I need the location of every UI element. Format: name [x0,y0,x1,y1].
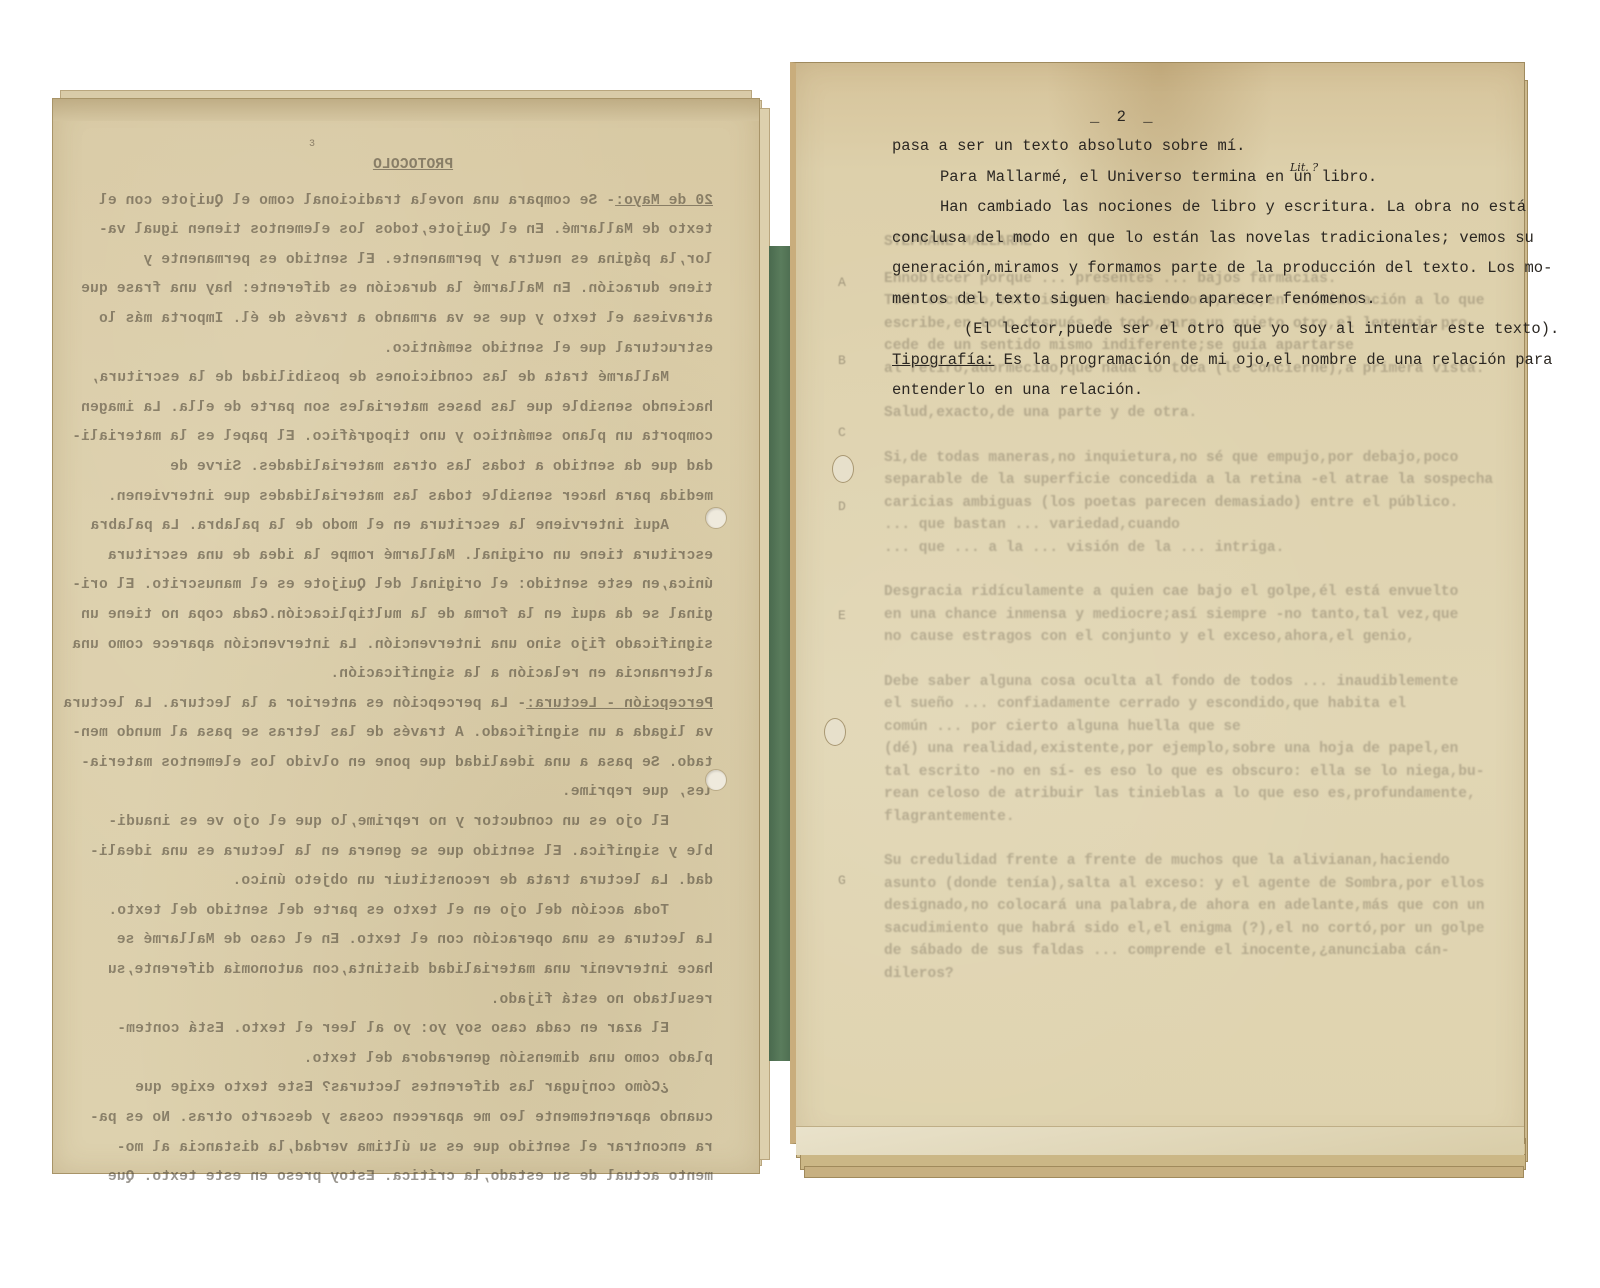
tipografia-line: Tipografía: Es la programación de mi ojo… [892,345,1532,376]
bleed-line: ... que ... a la ... visión de la ... in… [884,537,1504,560]
bleed-line: dileros? [884,963,1504,986]
tipografia-continuation: entenderlo en una relación. [892,375,1532,406]
bleed-line: rean celoso de atribuir las tinieblas a … [884,783,1504,806]
bleed-line [884,425,1504,447]
bleed-line: común ... por cierto alguna huella que s… [884,716,1504,739]
mirrored-line: estructural que el sentido semántico. [113,335,713,365]
bleed-line: Desgracia ridículamente a quien cae bajo… [884,581,1504,604]
mirrored-line: significado fijo sino una intervención. … [113,631,713,661]
mirrored-line: 20 de Mayo:- Se compara una novela tradi… [113,187,713,217]
left-page-marker: 3 [309,139,315,150]
mirrored-line: La lectura es una operación con el texto… [113,926,713,956]
margin-letter: G [838,873,846,888]
typed-line: generación,miramos y formamos parte de l… [892,253,1532,284]
page-number: _ 2 _ [1090,102,1157,133]
typed-line: mentos del texto siguen haciendo aparece… [892,284,1532,315]
mirrored-line: cuando aparentemente leo me aparecen cos… [113,1104,713,1134]
bleed-line: ... que bastan ... variedad,cuando [884,514,1504,537]
mirrored-line: resultado no está fijado. [113,986,713,1016]
page-shadow [53,99,759,121]
left-page-stack: 3 PROTOCOLO 20 de Mayo:- Se compara una … [52,90,768,1172]
right-page: STEPHANE MALLARME Ennoblecer porque ... … [790,62,1525,1144]
mirrored-line: les, que reprime. [113,778,713,808]
tipografia-label: Tipografía: [892,351,994,369]
bleed-line: caricias ambiguas (los poetas parecen de… [884,492,1504,515]
mirrored-line: ginal se da aquí en la forma de la multi… [113,601,713,631]
mirrored-line: plado como una dimensión generadora del … [113,1045,713,1075]
mirrored-line: va ligada a un significado. A través de … [113,719,713,749]
mirrored-line: mento actual de su estado,la crítica. Es… [113,1163,713,1193]
bleed-line: Si,de todas maneras,no inquietura,no sé … [884,447,1504,470]
bleed-line: separable de la superficie concedida a l… [884,469,1504,492]
bleed-line [884,559,1504,581]
bleed-line: el sueño ... confiadamente cerrado y esc… [884,693,1504,716]
left-page-title: PROTOCOLO [113,151,713,181]
typed-line: Para Mallarmé, el Universo termina en un… [892,162,1532,193]
mirrored-lines: 20 de Mayo:- Se compara una novela tradi… [113,187,713,1193]
margin-letter: E [838,608,846,623]
bleed-line [884,828,1504,850]
mirrored-typed-text: PROTOCOLO 20 de Mayo:- Se compara una no… [113,151,713,1193]
typed-line: (El lector,puede ser el otro que yo soy … [892,314,1532,345]
margin-letter: D [838,499,846,514]
mirrored-line: ¿Cómo conjugar las diferentes lecturas? … [113,1074,713,1104]
punch-hole [705,507,727,529]
margin-letter: B [838,353,846,368]
mirrored-line: tiene duración. En Mallarmé la duración … [113,275,713,305]
bleed-line: (dé) una realidad,existente,por ejemplo,… [884,738,1504,761]
bleed-line: en una chance inmensa y mediocre;así sie… [884,604,1504,627]
typed-line: Han cambiado las nociones de libro y esc… [892,192,1532,223]
bleed-line: flagrantemente. [884,806,1504,829]
mirrored-line: texto de Mallarmé. En el Quijote,todos l… [113,216,713,246]
mirrored-line: El ojo es un conductor y no reprime,lo q… [113,808,713,838]
mirrored-line: comporta un plano semántico y uno tipogr… [113,423,713,453]
margin-letter: C [838,425,846,440]
mirrored-line: haciendo sensible que las bases material… [113,394,713,424]
mirrored-line: ra encontrar el sentido que es su última… [113,1134,713,1164]
mirrored-line: hace intervenir una materialidad distint… [113,956,713,986]
bleed-line [884,649,1504,671]
folded-sheet-bottom [796,1126,1524,1155]
mirrored-line: Percepción - Lectura:- La percepción es … [113,690,713,720]
stacked-sheet-edge [804,1166,1524,1178]
handwritten-annotation: Lit. ? [1290,153,1318,184]
typed-text: _ 2 _ Lit. ? pasa a ser un texto absolut… [892,131,1532,406]
bleed-line: Su credulidad frente a frente de muchos … [884,850,1504,873]
typed-line: pasa a ser un texto absoluto sobre mí. [892,131,1532,162]
mirrored-line: dad que da sentido a todas las otras mat… [113,453,713,483]
mirrored-line: El azar en cada caso soy yo: yo al leer … [113,1015,713,1045]
punch-hole [824,718,846,746]
left-page: 3 PROTOCOLO 20 de Mayo:- Se compara una … [52,98,760,1174]
mirrored-line: lor,la página es neutra y permanente. El… [113,246,713,276]
bleed-line: designado,no colocará una palabra,de aho… [884,895,1504,918]
mirrored-line: tado. Se pasa a una idealidad que pone e… [113,749,713,779]
bleed-line: Debe saber alguna cosa oculta al fondo d… [884,671,1504,694]
mirrored-line: alternancia en relación a la significaci… [113,660,713,690]
right-page-stack: STEPHANE MALLARME Ennoblecer porque ... … [790,62,1534,1188]
mirrored-line: Aquí interviene la escritura en el modo … [113,512,713,542]
mirrored-line: única,en este sentido: el original del Q… [113,571,713,601]
bleed-line: tal escrito -no en sí- es eso lo que es … [884,761,1504,784]
mirrored-line: escritura tiene un original. Mallarmé ro… [113,542,713,572]
mirrored-line: ble y significa. El sentido que se gener… [113,838,713,868]
punch-hole [705,769,727,791]
mirrored-line: atraviesa el texto y que se va armando a… [113,305,713,335]
mirrored-line: medida para hacer sensible todas las mat… [113,483,713,513]
punch-hole [832,455,854,483]
typed-lines: pasa a ser un texto absoluto sobre mí.Pa… [892,131,1532,345]
mirrored-line: dad. La lectura trata de reconstituir un… [113,867,713,897]
mirrored-line: Mallarmé trata de las condiciones de pos… [113,364,713,394]
tipografia-text: Es la programación de mi ojo,el nombre d… [994,351,1552,369]
bleed-line: asunto (donde tenía),salta al exceso: y … [884,873,1504,896]
mirrored-line: Toda acción del ojo en el texto es parte… [113,897,713,927]
typed-line: conclusa del modo en que lo están las no… [892,223,1532,254]
margin-letter: A [838,275,846,290]
bleed-line: de sábado de sus faldas ... comprende el… [884,940,1504,963]
bleed-line: no cause estragos con el conjunto y el e… [884,626,1504,649]
bleed-line: sacudimiento que habrá sido el,el enigma… [884,918,1504,941]
